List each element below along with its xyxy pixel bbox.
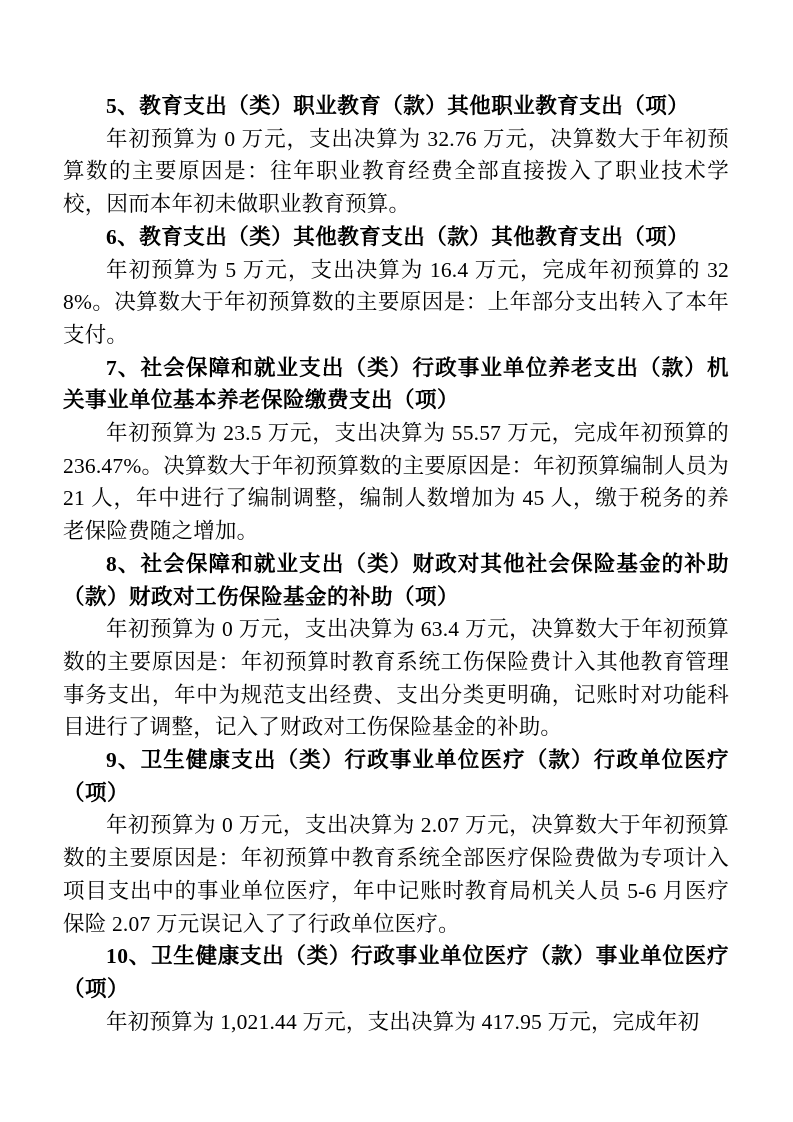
section-10: 10、卫生健康支出（类）行政事业单位医疗（款）事业单位医疗（项） 年初预算为 1… — [63, 940, 729, 1038]
section-5: 5、教育支出（类）职业教育（款）其他职业教育支出（项） 年初预算为 0 万元，支… — [63, 90, 729, 221]
section-10-paragraph: 年初预算为 1,021.44 万元，支出决算为 417.95 万元，完成年初 — [63, 1006, 729, 1039]
section-9-paragraph: 年初预算为 0 万元，支出决算为 2.07 万元，决算数大于年初预算数的主要原因… — [63, 809, 729, 940]
section-8-paragraph: 年初预算为 0 万元，支出决算为 63.4 万元，决算数大于年初预算数的主要原因… — [63, 613, 729, 744]
section-8: 8、社会保障和就业支出（类）财政对其他社会保险基金的补助（款）财政对工伤保险基金… — [63, 548, 729, 744]
section-10-heading: 10、卫生健康支出（类）行政事业单位医疗（款）事业单位医疗（项） — [63, 940, 729, 1005]
section-8-heading: 8、社会保障和就业支出（类）财政对其他社会保险基金的补助（款）财政对工伤保险基金… — [63, 548, 729, 613]
section-5-paragraph: 年初预算为 0 万元，支出决算为 32.76 万元，决算数大于年初预算数的主要原… — [63, 123, 729, 221]
section-7: 7、社会保障和就业支出（类）行政事业单位养老支出（款）机关事业单位基本养老保险缴… — [63, 352, 729, 548]
section-7-heading: 7、社会保障和就业支出（类）行政事业单位养老支出（款）机关事业单位基本养老保险缴… — [63, 352, 729, 417]
document-body: 5、教育支出（类）职业教育（款）其他职业教育支出（项） 年初预算为 0 万元，支… — [63, 90, 729, 1038]
section-9-heading: 9、卫生健康支出（类）行政事业单位医疗（款）行政单位医疗（项） — [63, 744, 729, 809]
section-7-paragraph: 年初预算为 23.5 万元，支出决算为 55.57 万元，完成年初预算的 236… — [63, 417, 729, 548]
section-9: 9、卫生健康支出（类）行政事业单位医疗（款）行政单位医疗（项） 年初预算为 0 … — [63, 744, 729, 940]
section-5-heading: 5、教育支出（类）职业教育（款）其他职业教育支出（项） — [63, 90, 729, 123]
section-6: 6、教育支出（类）其他教育支出（款）其他教育支出（项） 年初预算为 5 万元，支… — [63, 221, 729, 352]
section-6-paragraph: 年初预算为 5 万元，支出决算为 16.4 万元，完成年初预算的 328%。决算… — [63, 254, 729, 352]
section-6-heading: 6、教育支出（类）其他教育支出（款）其他教育支出（项） — [63, 221, 729, 254]
document-page: 5、教育支出（类）职业教育（款）其他职业教育支出（项） 年初预算为 0 万元，支… — [0, 0, 793, 1122]
